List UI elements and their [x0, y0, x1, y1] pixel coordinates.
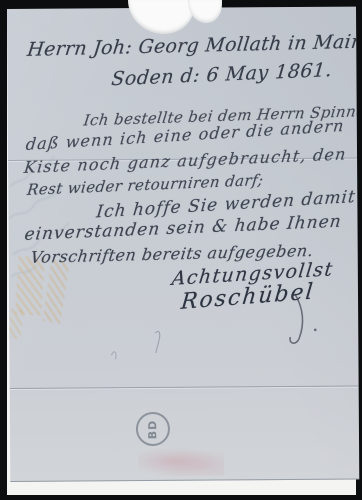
red-stain — [138, 445, 224, 476]
white-backing-sheet: Herrn Joh: Georg Mollath in Mainz Soden … — [7, 9, 356, 495]
seal-monogram: BD — [146, 419, 159, 439]
embossed-seal: BD — [136, 412, 170, 446]
signature-flourish — [99, 292, 330, 369]
photo-background: Herrn Joh: Georg Mollath in Mainz Soden … — [0, 0, 362, 500]
letter-paper: Herrn Joh: Georg Mollath in Mainz Soden … — [7, 7, 359, 482]
